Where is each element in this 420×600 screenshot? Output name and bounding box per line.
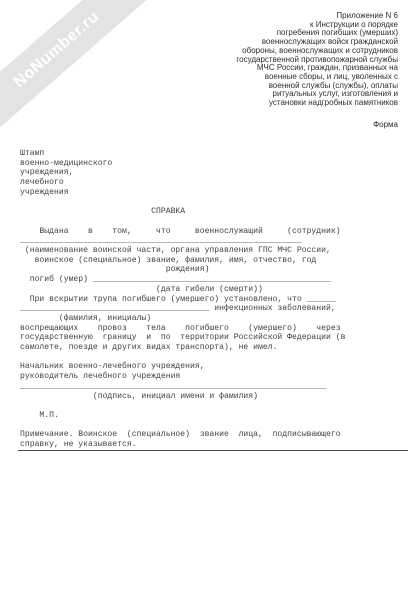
- form-line: ________________________________________…: [20, 236, 414, 246]
- appendix-header: Приложение N 6к Инструкции о порядкепогр…: [236, 12, 398, 129]
- form-line: (фамилия, инициалы): [20, 314, 414, 324]
- form-line: справку, не указывается.: [20, 440, 414, 450]
- form-line: (дата гибели (смерти)): [20, 285, 414, 295]
- form-line: [20, 217, 414, 227]
- form-line: (подпись, инициал имени и фамилия): [20, 392, 414, 402]
- appendix-header-lines: Приложение N 6к Инструкции о порядкепогр…: [236, 12, 398, 108]
- form-line: рождения): [20, 265, 414, 275]
- form-line: погиб (умер) ___________________________…: [20, 275, 414, 285]
- form-line: [20, 421, 414, 431]
- watermark-label: NoNumber.ru: [11, 8, 103, 92]
- form-line: Начальник военно-лечебного учреждения,: [20, 362, 414, 372]
- form-line: М.П.: [20, 411, 414, 421]
- form-line: (наименование воинской части, органа упр…: [20, 246, 414, 256]
- form-line: самолете, поезде и других видах транспор…: [20, 343, 414, 353]
- form-line: При вскрытии трупа погибшего (умершего) …: [20, 295, 414, 305]
- form-line: [20, 353, 414, 363]
- form-line: ________________________________________…: [20, 382, 414, 392]
- form-line: Примечание. Воинское (специальное) звани…: [20, 430, 414, 440]
- form-line: Штамп: [20, 149, 414, 159]
- form-line: воинское (специальное) звание, фамилия, …: [20, 256, 414, 266]
- bottom-separator: [18, 450, 408, 451]
- spravka-form-lines: Штампвоенно-медицинскогоучреждения,лечеб…: [20, 149, 414, 450]
- spravka-form-body: Штампвоенно-медицинскогоучреждения,лечеб…: [20, 149, 414, 450]
- form-line: [20, 198, 414, 208]
- form-line: лечебного: [20, 178, 414, 188]
- form-line: воспрещающих провоз тела погибшего (умер…: [20, 324, 414, 334]
- header-line: установки надгробных памятников: [236, 99, 398, 108]
- form-line: [20, 401, 414, 411]
- document-page: NoNumber.ru Приложение N 6к Инструкции о…: [0, 0, 420, 600]
- form-line: _______________________________________ …: [20, 304, 414, 314]
- form-line: государственную границу и по территории …: [20, 333, 414, 343]
- form-line: руководитель лечебного учреждения: [20, 372, 414, 382]
- form-line: учреждения,: [20, 168, 414, 178]
- watermark-banner: NoNumber.ru: [0, 0, 169, 151]
- form-line: учреждения: [20, 188, 414, 198]
- form-line: СПРАВКА: [20, 207, 414, 217]
- form-line: военно-медицинского: [20, 159, 414, 169]
- form-label: Форма: [236, 121, 398, 130]
- form-line: Выдана в том, что военнослужащий (сотруд…: [20, 227, 414, 237]
